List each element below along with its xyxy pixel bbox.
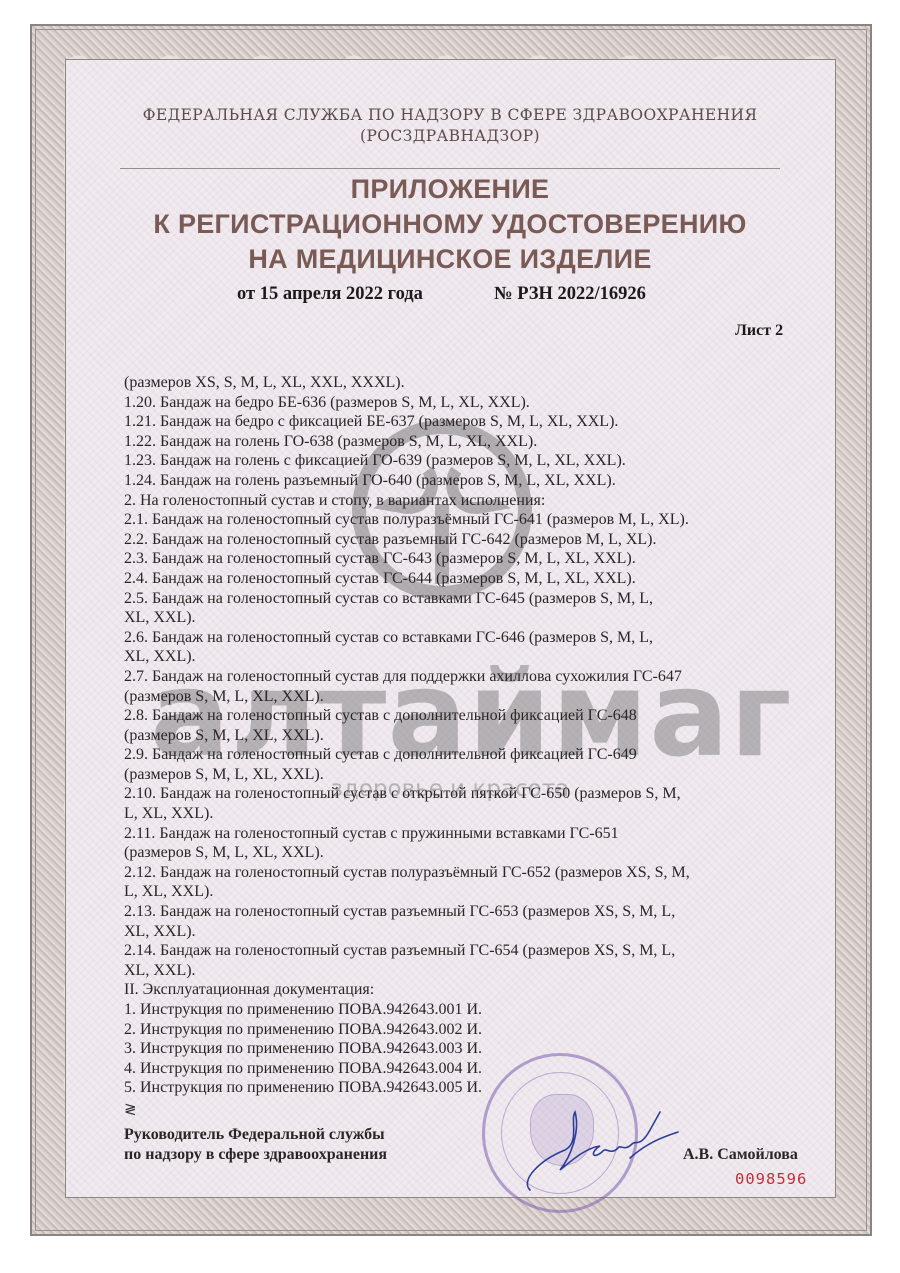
signer-title: Руководитель Федеральной службы по надзо…: [124, 1125, 387, 1165]
header-divider: [120, 168, 780, 169]
body-line: (размеров S, M, L, XL, XXL).: [124, 687, 784, 707]
body-line: 2.1. Бандаж на голеностопный сустав полу…: [124, 510, 784, 530]
body-line: (размеров S, M, L, XL, XXL).: [124, 843, 784, 863]
body-line: L, XL, XXL).: [124, 882, 784, 902]
body-line: 2.13. Бандаж на голеностопный сустав раз…: [124, 902, 784, 922]
body-line: 2.3. Бандаж на голеностопный сустав ГС-6…: [124, 549, 784, 569]
issue-date: от 15 апреля 2022 года: [237, 285, 423, 304]
body-line: 4. Инструкция по применению ПОВА.942643.…: [124, 1059, 784, 1079]
body-line: 2.14. Бандаж на голеностопный сустав раз…: [124, 941, 784, 961]
document-body: (размеров XS, S, M, L, XL, XXL, XXXL).1.…: [124, 373, 784, 1098]
sheet-number: Лист 2: [735, 322, 783, 340]
body-line: 2. На голеностопный сустав и стопу, в ва…: [124, 491, 784, 511]
body-line: XL, XXL).: [124, 922, 784, 942]
body-line: 3. Инструкция по применению ПОВА.942643.…: [124, 1039, 784, 1059]
body-line: 5. Инструкция по применению ПОВА.942643.…: [124, 1078, 784, 1098]
body-line: (размеров XS, S, M, L, XL, XXL, XXXL).: [124, 373, 784, 393]
document-title-line1: ПРИЛОЖЕНИЕ: [100, 176, 800, 203]
body-line: (размеров S, M, L, XL, XXL).: [124, 765, 784, 785]
body-line: 2.8. Бандаж на голеностопный сустав с до…: [124, 706, 784, 726]
signer-title-line1: Руководитель Федеральной службы: [124, 1125, 387, 1145]
body-line: 2.4. Бандаж на голеностопный сустав ГС-6…: [124, 569, 784, 589]
signer-name: А.В. Самойлова: [683, 1146, 798, 1164]
body-line: 2.7. Бандаж на голеностопный сустав для …: [124, 667, 784, 687]
agency-abbreviation: (РОСЗДРАВНАДЗОР): [100, 129, 800, 145]
body-line: XL, XXL).: [124, 961, 784, 981]
registration-number: № РЗН 2022/16926: [494, 285, 646, 304]
body-line: 1.20. Бандаж на бедро БЕ-636 (размеров S…: [124, 393, 784, 413]
body-line: XL, XXL).: [124, 647, 784, 667]
body-line: 2.5. Бандаж на голеностопный сустав со в…: [124, 589, 784, 609]
body-line: 2. Инструкция по применению ПОВА.942643.…: [124, 1020, 784, 1040]
body-line: 1.21. Бандаж на бедро с фиксацией БЕ-637…: [124, 412, 784, 432]
serial-number: 0098596: [735, 1170, 807, 1188]
body-line: II. Эксплуатационная документация:: [124, 980, 784, 1000]
handwritten-mark: ≷: [124, 1100, 137, 1118]
body-line: 2.9. Бандаж на голеностопный сустав с до…: [124, 745, 784, 765]
body-line: 2.2. Бандаж на голеностопный сустав разъ…: [124, 530, 784, 550]
agency-name: ФЕДЕРАЛЬНАЯ СЛУЖБА ПО НАДЗОРУ В СФЕРЕ ЗД…: [100, 108, 800, 124]
body-line: L, XL, XXL).: [124, 804, 784, 824]
body-line: 1. Инструкция по применению ПОВА.942643.…: [124, 1000, 784, 1020]
body-line: 2.12. Бандаж на голеностопный сустав пол…: [124, 863, 784, 883]
signature-icon: [510, 1100, 680, 1200]
body-line: (размеров S, M, L, XL, XXL).: [124, 726, 784, 746]
signer-title-line2: по надзору в сфере здравоохранения: [124, 1145, 387, 1165]
document-title-line2: К РЕГИСТРАЦИОННОМУ УДОСТОВЕРЕНИЮ: [100, 211, 800, 238]
document-content: ФЕДЕРАЛЬНАЯ СЛУЖБА ПО НАДЗОРУ В СФЕРЕ ЗД…: [0, 0, 900, 1273]
body-line: 2.11. Бандаж на голеностопный сустав с п…: [124, 824, 784, 844]
document-title-line3: НА МЕДИЦИНСКОЕ ИЗДЕЛИЕ: [100, 246, 800, 273]
body-line: 1.22. Бандаж на голень ГО-638 (размеров …: [124, 432, 784, 452]
body-line: XL, XXL).: [124, 608, 784, 628]
body-line: 1.23. Бандаж на голень с фиксацией ГО-63…: [124, 451, 784, 471]
body-line: 1.24. Бандаж на голень разъемный ГО-640 …: [124, 471, 784, 491]
body-line: 2.10. Бандаж на голеностопный сустав с о…: [124, 784, 784, 804]
body-line: 2.6. Бандаж на голеностопный сустав со в…: [124, 628, 784, 648]
